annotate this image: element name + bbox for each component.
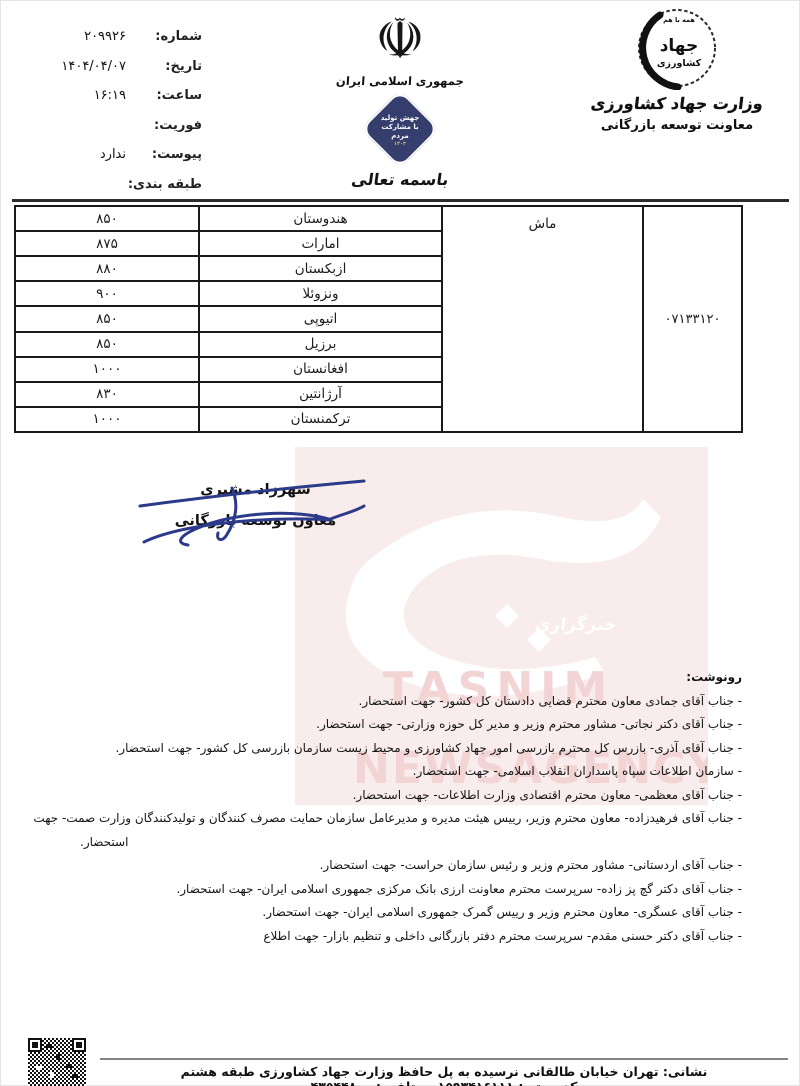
meta-field-label: تاریخ: [126, 59, 202, 74]
table-product-cell: ماش [441, 207, 642, 431]
meta-field-value: ۱۶:۱۹ [22, 88, 126, 103]
footer-phone: تلفن : ۴۳۵۴۴۸۰۰ [311, 1079, 416, 1086]
meta-field-row: پیوست: ندارد [22, 140, 202, 170]
cc-heading: رونوشت: [80, 666, 742, 690]
meta-field-row: شماره: ۲۰۹۹۲۶ [22, 22, 202, 52]
cc-item: - جناب آقای معظمی- معاون محترم اقتصادی و… [80, 784, 742, 808]
ministry-block: همه با هم جهاد کشاورزی وزارت جهاد کشاورز… [582, 6, 772, 133]
price-table: ۰۷۱۳۳۱۲۰ ماش هندوستان امارات ازبکستان ون… [14, 205, 743, 433]
meta-field-row: فوریت: [22, 111, 202, 141]
country-cell: آرژانتین [200, 383, 441, 408]
product-name: ماش [529, 216, 557, 232]
header-divider-rule [12, 199, 789, 202]
price-cell: ۱۰۰۰ [16, 408, 198, 431]
cc-item: استحضار. [80, 831, 742, 855]
table-country-column: هندوستان امارات ازبکستان ونزوئلا اتیوپی … [198, 207, 441, 431]
country-cell: امارات [200, 232, 441, 257]
meta-field-row: تاریخ: ۱۴۰۴/۰۴/۰۷ [22, 52, 202, 82]
cc-item: - جناب آقای دکتر نجاتی- مشاور محترم وزیر… [80, 713, 742, 737]
cc-item: - جناب آقای دکتر گچ پز زاده- سرپرست محتر… [80, 878, 742, 902]
stamp-line-2: با مشارکت [381, 123, 418, 132]
signature-block: شهرزاد مشیری معاون توسعه بازرگانی [148, 482, 363, 529]
price-cell: ۸۵۰ [16, 333, 198, 358]
cc-item: - سازمان اطلاعات سپاه پاسداران انقلاب اس… [80, 760, 742, 784]
ministry-name-calligraphy: وزارت جهاد کشاورزی [581, 94, 773, 113]
stamp-year: ۱۴۰۳ [394, 141, 406, 147]
price-cell: ۸۷۵ [16, 232, 198, 257]
stamp-line-3: مردم [391, 132, 408, 141]
footer-contact-line: نشانی: تهران خیابان طالقانی نرسیده به پل… [100, 1064, 788, 1086]
stamp-line-1: جهش تولید [381, 114, 420, 123]
country-title: جمهوری اسلامی ایران [322, 74, 479, 88]
price-cell: ۸۵۰ [16, 307, 198, 332]
signer-name: شهرزاد مشیری [148, 482, 363, 498]
price-cell: ۸۵۰ [16, 207, 198, 232]
country-cell: هندوستان [200, 207, 441, 232]
qr-code [28, 1038, 86, 1086]
cc-item: - جناب آقای آذری- بازرس کل محترم بازرسی … [80, 737, 742, 761]
deputy-name: معاونت توسعه بازرگانی [582, 118, 772, 133]
meta-fields: شماره: ۲۰۹۹۲۶ تاریخ: ۱۴۰۴/۰۴/۰۷ ساعت: ۱۶… [22, 22, 202, 199]
cc-item: - جناب آقای فرهیدزاده- معاون محترم وزیر،… [80, 807, 742, 831]
table-hs-code-cell: ۰۷۱۳۳۱۲۰ [642, 207, 741, 431]
price-cell: ۱۰۰۰ [16, 358, 198, 383]
cc-item: - جناب آقای عسگری- معاون محترم وزیر و ری… [80, 901, 742, 925]
svg-text:جهاد: جهاد [660, 36, 699, 56]
signer-title: معاون توسعه بازرگانی [148, 513, 363, 529]
cc-item: - جناب آقای اردستانی- مشاور محترم وزیر و… [80, 854, 742, 878]
meta-field-label: فوریت: [126, 118, 202, 133]
table-price-column: ۸۵۰ ۸۷۵ ۸۸۰ ۹۰۰ ۸۵۰ ۸۵۰ ۱۰۰۰ ۸۳۰ ۱۰۰۰ [16, 207, 198, 431]
meta-field-label: پیوست: [126, 147, 202, 162]
country-cell: ونزوئلا [200, 282, 441, 307]
meta-field-row: ساعت: ۱۶:۱۹ [22, 81, 202, 111]
cc-list: - جناب آقای جمادی معاون محترم قضایی دادس… [80, 690, 742, 949]
footer-postal-code: کد پستی: ۱۵۹۳۴۱۶۱۱۱ [438, 1079, 578, 1086]
meta-field-label: شماره: [126, 29, 202, 44]
national-emblem-block: ☫ جمهوری اسلامی ایران جهش تولید با مشارک… [322, 8, 478, 189]
country-cell: برزیل [200, 333, 441, 358]
hs-code-value: ۰۷۱۳۳۱۲۰ [665, 312, 721, 327]
cc-section: رونوشت: - جناب آقای جمادی معاون محترم قض… [80, 666, 742, 948]
letter-page: شماره: ۲۰۹۹۲۶ تاریخ: ۱۴۰۴/۰۴/۰۷ ساعت: ۱۶… [0, 0, 800, 1086]
cc-item: - جناب آقای دکتر حسنی مقدم- سرپرست محترم… [80, 925, 742, 949]
country-cell: افغانستان [200, 358, 441, 383]
watermark-agency-text: خبرگزاری [534, 615, 618, 635]
basmala-calligraphy: باسمه تعالی [321, 170, 480, 189]
country-cell: ترکمنستان [200, 408, 441, 431]
meta-field-value: ۲۰۹۹۲۶ [22, 29, 126, 44]
jahad-keshavarzi-logo-icon: همه با هم جهاد کشاورزی [635, 6, 719, 90]
year-slogan-stamp: جهش تولید با مشارکت مردم ۱۴۰۳ [360, 94, 440, 166]
meta-field-value: ۱۴۰۴/۰۴/۰۷ [22, 59, 126, 74]
price-cell: ۸۳۰ [16, 383, 198, 408]
footer-divider-rule [100, 1058, 788, 1060]
meta-field-value: ندارد [22, 147, 126, 162]
meta-field-row: طبقه بندی: [22, 170, 202, 200]
price-cell: ۹۰۰ [16, 282, 198, 307]
price-cell: ۸۸۰ [16, 257, 198, 282]
svg-text:همه با هم: همه با هم [663, 16, 695, 24]
meta-field-label: ساعت: [126, 88, 202, 103]
country-cell: اتیوپی [200, 307, 441, 332]
svg-text:کشاورزی: کشاورزی [657, 58, 702, 69]
meta-field-label: طبقه بندی: [126, 177, 202, 192]
footer-address: نشانی: تهران خیابان طالقانی نرسیده به پل… [181, 1064, 708, 1079]
iran-emblem-icon: ☫ [322, 8, 478, 72]
cc-item: - جناب آقای جمادی معاون محترم قضایی دادس… [80, 690, 742, 714]
stamp-slogan-text: جهش تولید با مشارکت مردم ۱۴۰۳ [360, 94, 440, 166]
country-cell: ازبکستان [200, 257, 441, 282]
